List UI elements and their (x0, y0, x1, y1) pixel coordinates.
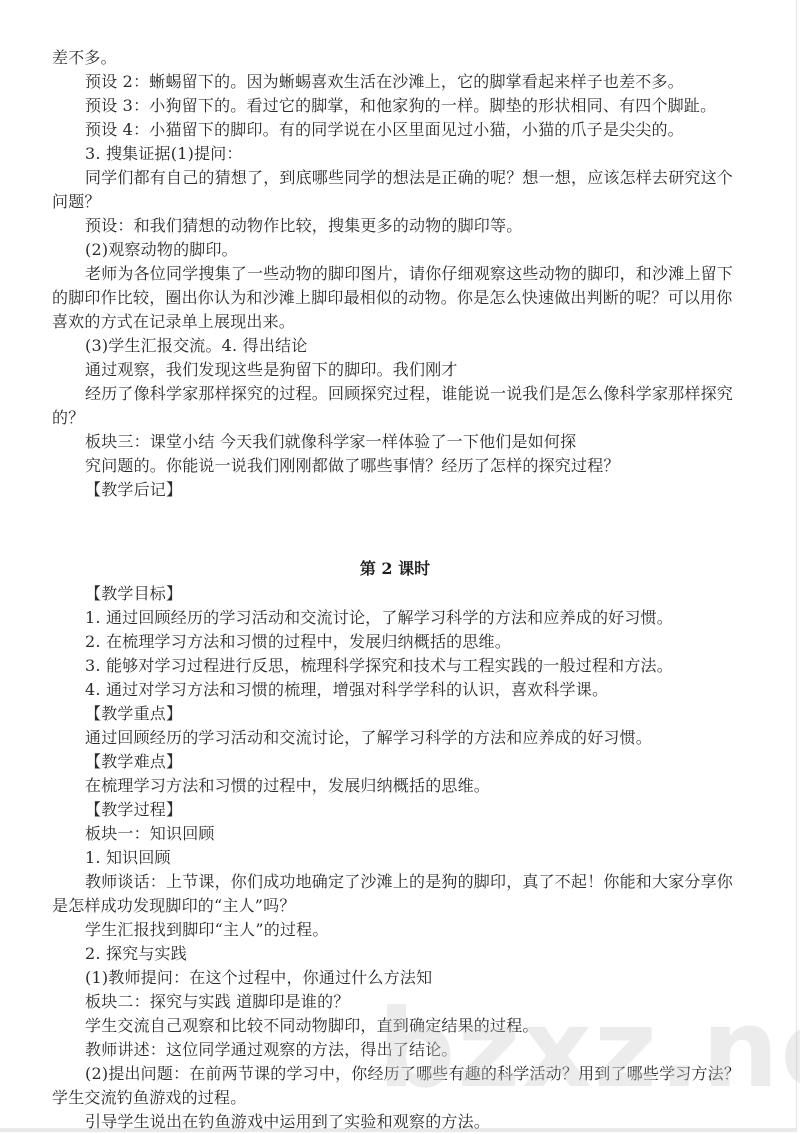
paragraph-line: 经历了像科学家那样探究的过程。回顾探究过程，谁能说一说我们是怎么像科学家那样探究 (85, 382, 775, 406)
paragraph-line: 2. 在梳理学习方法和习惯的过程中，发展归纳概括的思维。 (85, 630, 775, 654)
paragraph-line: 学生交流钓鱼游戏的过程。 (52, 1086, 742, 1110)
paragraph-line: 究问题的。你能说一说我们刚刚都做了哪些事情？经历了怎样的探究过程？ (85, 454, 775, 478)
section-heading: 【教学难点】 (85, 750, 775, 774)
paragraph-line: (2)提出问题：在前两节课的学习中，你经历了哪些有趣的科学活动？用到了哪些学习方… (85, 1062, 775, 1086)
paragraph-line: 板块二：探究与实践 道脚印是谁的？ (85, 990, 775, 1014)
paragraph-line: 3. 能够对学习过程进行反思，梳理科学探究和技术与工程实践的一般过程和方法。 (85, 654, 775, 678)
paragraph-line: 板块三：课堂小结 今天我们就像科学家一样体验了一下他们是如何探 (85, 430, 775, 454)
paragraph-line: (1)教师提问：在这个过程中，你通过什么方法知 (85, 966, 775, 990)
section-heading: 【教学过程】 (85, 798, 775, 822)
paragraph-line: 4. 通过对学习方法和习惯的梳理，增强对科学学科的认识，喜欢科学课。 (85, 678, 775, 702)
section-heading: 【教学目标】 (85, 582, 775, 606)
paragraph-line: 在梳理学习方法和习惯的过程中，发展归纳概括的思维。 (85, 774, 775, 798)
paragraph-line: 预设 3：小狗留下的。看过它的脚掌，和他家狗的一样。脚垫的形状相同、有四个脚趾。 (85, 94, 775, 118)
paragraph-line: 预设 2：蜥蜴留下的。因为蜥蜴喜欢生活在沙滩上，它的脚掌看起来样子也差不多。 (85, 70, 775, 94)
paragraph-line: 差不多。 (52, 46, 742, 70)
paragraph-line: 的脚印作比较，圈出你认为和沙滩上脚印最相似的动物。你是怎么快速做出判断的呢？可以… (52, 286, 742, 310)
paragraph-line: (3)学生汇报交流。4. 得出结论 (85, 334, 775, 358)
lesson-title: 第 2 课时 (0, 557, 790, 581)
paragraph-line: 是怎样成功发现脚印的“主人”吗？ (52, 894, 742, 918)
paragraph-line: 2. 探究与实践 (85, 942, 775, 966)
paragraph-line: 的？ (52, 406, 742, 430)
paragraph-line: 喜欢的方式在记录单上展现出来。 (52, 310, 742, 334)
paragraph-line: 1. 通过回顾经历的学习活动和交流讨论，了解学习科学的方法和应养成的好习惯。 (85, 606, 775, 630)
paragraph-line: 引导学生说出在钓鱼游戏中运用到了实验和观察的方法。 (85, 1110, 775, 1134)
paragraph-line: 通过回顾经历的学习活动和交流讨论，了解学习科学的方法和应养成的好习惯。 (85, 726, 775, 750)
paragraph-line: 3. 搜集证据(1)提问： (85, 142, 775, 166)
paragraph-line: 教师讲述：这位同学通过观察的方法，得出了结论。 (85, 1038, 775, 1062)
paragraph-line: 预设 4：小猫留下的脚印。有的同学说在小区里面见过小猫，小猫的爪子是尖尖的。 (85, 118, 775, 142)
paragraph-line: 通过观察，我们发现这些是狗留下的脚印。我们刚才 (85, 358, 775, 382)
section-heading: 【教学重点】 (85, 702, 775, 726)
paragraph-line: 板块一：知识回顾 (85, 822, 775, 846)
paragraph-line: (2)观察动物的脚印。 (85, 238, 775, 262)
paragraph-line: 同学们都有自己的猜想了，到底哪些同学的想法是正确的呢？想一想，应该怎样去研究这个 (85, 166, 775, 190)
paragraph-line: 问题？ (52, 190, 742, 214)
paragraph-line: 老师为各位同学搜集了一些动物的脚印图片，请你仔细观察这些动物的脚印，和沙滩上留下 (85, 262, 775, 286)
paragraph-line: 预设：和我们猜想的动物作比较，搜集更多的动物的脚印等。 (85, 214, 775, 238)
paragraph-line: 教师谈话：上节课，你们成功地确定了沙滩上的是狗的脚印，真了不起！你能和大家分享你 (85, 870, 775, 894)
paragraph-line: 学生交流自己观察和比较不同动物脚印，直到确定结果的过程。 (85, 1014, 775, 1038)
section-heading: 【教学后记】 (85, 478, 775, 502)
paragraph-line: 1. 知识回顾 (85, 846, 775, 870)
paragraph-line: 学生汇报找到脚印“主人”的过程。 (85, 918, 775, 942)
document-page: 差不多。 预设 2：蜥蜴留下的。因为蜥蜴喜欢生活在沙滩上，它的脚掌看起来样子也差… (0, 0, 797, 1132)
